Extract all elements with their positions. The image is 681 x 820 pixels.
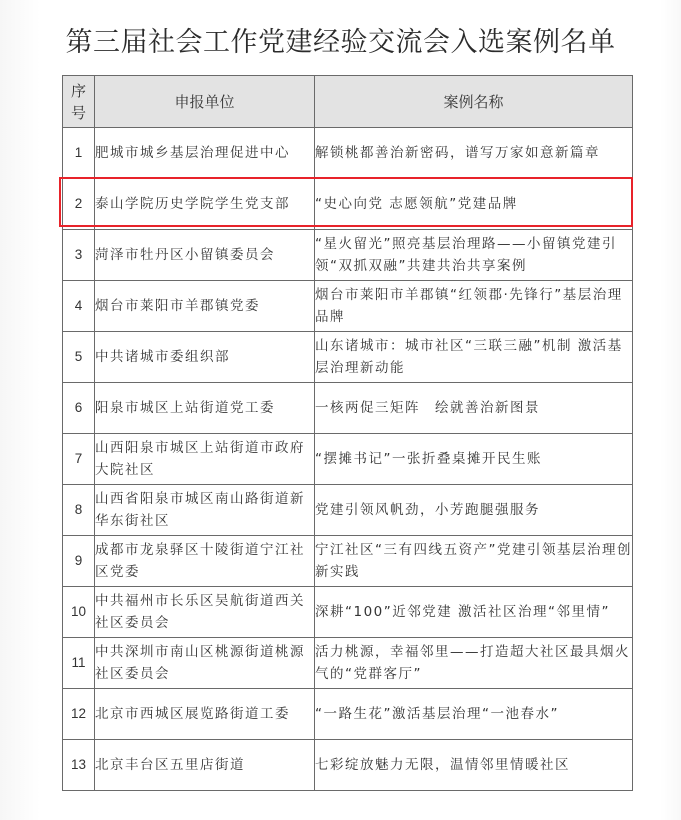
row-seq: 5 bbox=[63, 332, 95, 383]
row-seq: 7 bbox=[63, 434, 95, 485]
row-seq: 10 bbox=[63, 587, 95, 638]
table-row: 6 阳泉市城区上站街道党工委 一核两促三矩阵 绘就善治新图景 bbox=[63, 383, 633, 434]
row-case: “星火留光”照亮基层治理路——小留镇党建引领“双抓双融”共建共治共享案例 bbox=[315, 230, 633, 281]
row-case: 七彩绽放魅力无限，温情邻里情暖社区 bbox=[315, 740, 633, 791]
header-seq-line1: 序 bbox=[63, 80, 94, 102]
row-seq: 12 bbox=[63, 689, 95, 740]
header-case: 案例名称 bbox=[315, 76, 633, 128]
table-row: 3 菏泽市牡丹区小留镇委员会 “星火留光”照亮基层治理路——小留镇党建引领“双抓… bbox=[63, 230, 633, 281]
row-case: “一路生花”激活基层治理“一池春水” bbox=[315, 689, 633, 740]
row-seq: 6 bbox=[63, 383, 95, 434]
table-row: 4 烟台市莱阳市羊郡镇党委 烟台市莱阳市羊郡镇“红领郡·先锋行”基层治理品牌 bbox=[63, 281, 633, 332]
row-unit: 山西省阳泉市城区南山路街道新华东街社区 bbox=[95, 485, 315, 536]
row-case: 活力桃源，幸福邻里——打造超大社区最具烟火气的“党群客厅” bbox=[315, 638, 633, 689]
row-unit: 北京丰台区五里店街道 bbox=[95, 740, 315, 791]
table-row: 9 成都市龙泉驿区十陵街道宁江社区党委 宁江社区“三有四线五资产”党建引领基层治… bbox=[63, 536, 633, 587]
row-seq: 2 bbox=[63, 179, 95, 230]
header-unit: 申报单位 bbox=[95, 76, 315, 128]
row-unit: 成都市龙泉驿区十陵街道宁江社区党委 bbox=[95, 536, 315, 587]
row-case: 党建引领风帆劲，小芳跑腿强服务 bbox=[315, 485, 633, 536]
row-unit: 中共深圳市南山区桃源街道桃源社区委员会 bbox=[95, 638, 315, 689]
row-unit: 泰山学院历史学院学生党支部 bbox=[95, 179, 315, 230]
table-row: 12 北京市西城区展览路街道工委 “一路生花”激活基层治理“一池春水” bbox=[63, 689, 633, 740]
table-row: 5 中共诸城市委组织部 山东诸城市：城市社区“三联三融”机制 激活基层治理新动能 bbox=[63, 332, 633, 383]
row-case: 深耕“100”近邻党建 激活社区治理“邻里情” bbox=[315, 587, 633, 638]
row-unit: 山西阳泉市城区上站街道市政府大院社区 bbox=[95, 434, 315, 485]
document-title: 第三届社会工作党建经验交流会入选案例名单 bbox=[0, 20, 681, 59]
case-list-table: 序 号 申报单位 案例名称 1 肥城市城乡基层治理促进中心 解锁桃都善治新密码，… bbox=[62, 75, 633, 791]
row-unit: 中共福州市长乐区吴航街道西关社区委员会 bbox=[95, 587, 315, 638]
row-unit: 北京市西城区展览路街道工委 bbox=[95, 689, 315, 740]
row-unit: 菏泽市牡丹区小留镇委员会 bbox=[95, 230, 315, 281]
row-case: “摆摊书记”一张折叠桌摊开民生账 bbox=[315, 434, 633, 485]
table-row: 8 山西省阳泉市城区南山路街道新华东街社区 党建引领风帆劲，小芳跑腿强服务 bbox=[63, 485, 633, 536]
header-seq-line2: 号 bbox=[63, 102, 94, 124]
table-row: 13 北京丰台区五里店街道 七彩绽放魅力无限，温情邻里情暖社区 bbox=[63, 740, 633, 791]
row-seq: 13 bbox=[63, 740, 95, 791]
row-seq: 9 bbox=[63, 536, 95, 587]
table-row: 10 中共福州市长乐区吴航街道西关社区委员会 深耕“100”近邻党建 激活社区治… bbox=[63, 587, 633, 638]
row-seq: 3 bbox=[63, 230, 95, 281]
row-unit: 烟台市莱阳市羊郡镇党委 bbox=[95, 281, 315, 332]
row-unit: 中共诸城市委组织部 bbox=[95, 332, 315, 383]
header-seq: 序 号 bbox=[63, 76, 95, 128]
row-case: 解锁桃都善治新密码，谱写万家如意新篇章 bbox=[315, 128, 633, 179]
row-case: 烟台市莱阳市羊郡镇“红领郡·先锋行”基层治理品牌 bbox=[315, 281, 633, 332]
row-case: “史心向党 志愿领航”党建品牌 bbox=[315, 179, 633, 230]
row-unit: 阳泉市城区上站街道党工委 bbox=[95, 383, 315, 434]
table-row: 1 肥城市城乡基层治理促进中心 解锁桃都善治新密码，谱写万家如意新篇章 bbox=[63, 128, 633, 179]
row-seq: 1 bbox=[63, 128, 95, 179]
table-header-row: 序 号 申报单位 案例名称 bbox=[63, 76, 633, 128]
row-case: 一核两促三矩阵 绘就善治新图景 bbox=[315, 383, 633, 434]
row-seq: 11 bbox=[63, 638, 95, 689]
table-row: 11 中共深圳市南山区桃源街道桃源社区委员会 活力桃源，幸福邻里——打造超大社区… bbox=[63, 638, 633, 689]
table-row: 7 山西阳泉市城区上站街道市政府大院社区 “摆摊书记”一张折叠桌摊开民生账 bbox=[63, 434, 633, 485]
row-unit: 肥城市城乡基层治理促进中心 bbox=[95, 128, 315, 179]
row-case: 宁江社区“三有四线五资产”党建引领基层治理创新实践 bbox=[315, 536, 633, 587]
table-row-highlighted: 2 泰山学院历史学院学生党支部 “史心向党 志愿领航”党建品牌 bbox=[63, 179, 633, 230]
row-seq: 8 bbox=[63, 485, 95, 536]
row-case: 山东诸城市：城市社区“三联三融”机制 激活基层治理新动能 bbox=[315, 332, 633, 383]
row-seq: 4 bbox=[63, 281, 95, 332]
